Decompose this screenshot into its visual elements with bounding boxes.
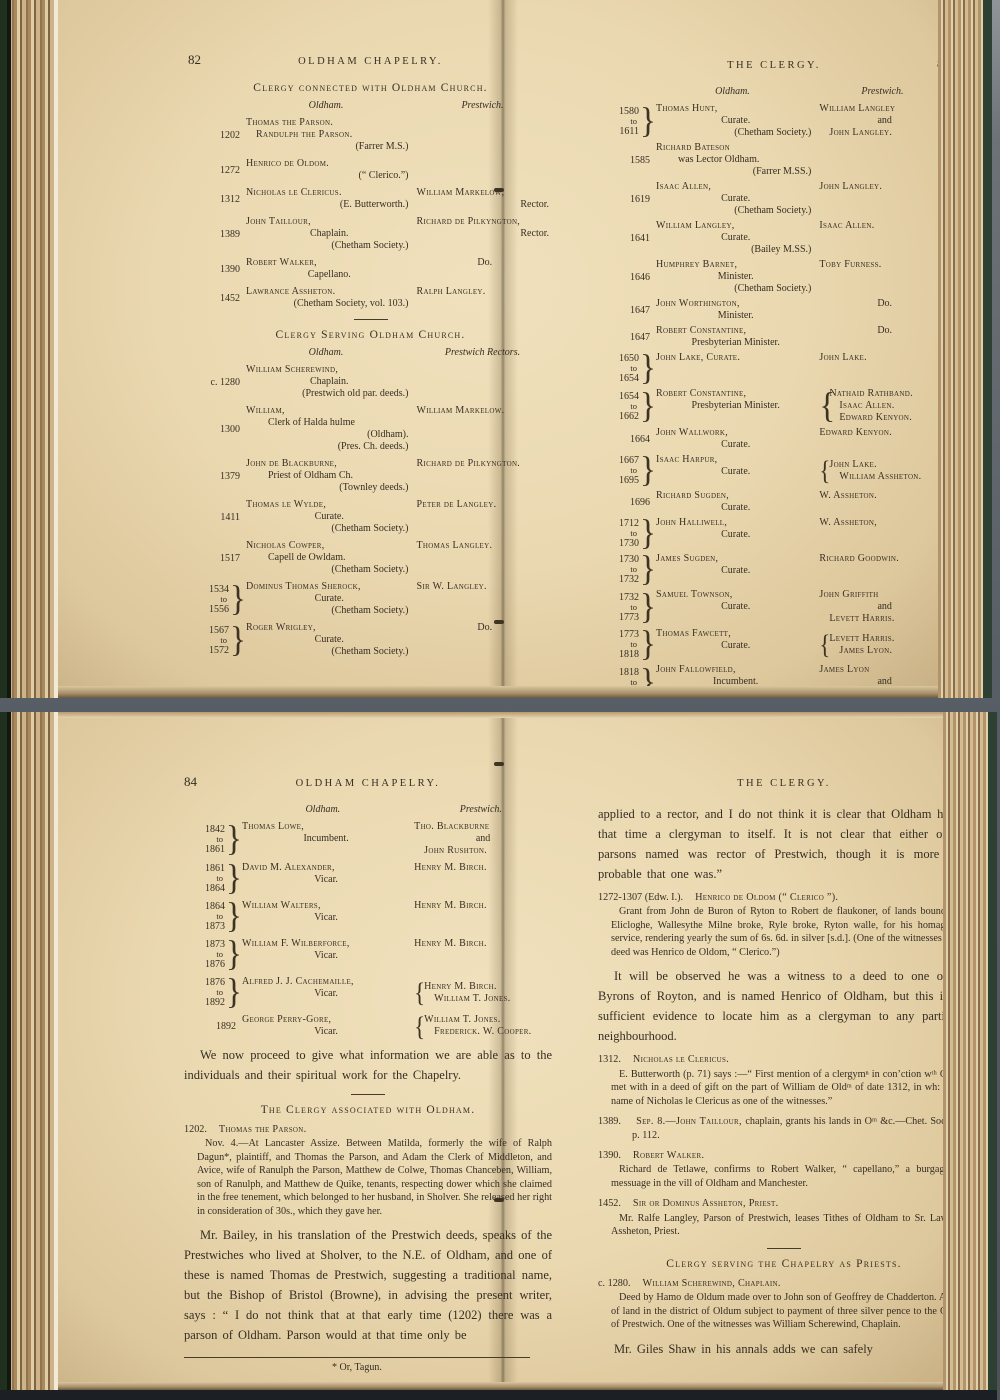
entry-line: Incumbent. (242, 833, 410, 845)
body-paragraph: Mr. Bailey, in his translation of the Pr… (184, 1225, 552, 1345)
year-line: 1389 (220, 229, 240, 240)
entry-line: Henry M. Birch. (414, 900, 552, 912)
column-header-oldham: Oldham. (236, 804, 410, 815)
entry-line: John Lake. (829, 459, 938, 471)
entry-line: Edward Kenyon. (819, 427, 938, 439)
entry-line: William Markelow. (417, 405, 553, 417)
prestwich-brace: { (414, 979, 424, 1007)
entry-years: 1619 (598, 181, 650, 217)
year-brace: } (640, 388, 650, 424)
entry-prestwich: Isaac Allen. (815, 220, 938, 256)
prestwich-brace: { (819, 457, 829, 485)
year-brace: } (640, 664, 650, 686)
entry-line: Richard de Pilkyngton, (417, 216, 553, 228)
prestwich-brace: { (819, 388, 829, 424)
page-83-body: Oldham.Prestwich.1580to1611}Thomas Hunt,… (598, 86, 938, 686)
note-entry: 1312.Nicholas le Clericus.E. Butterworth… (598, 1053, 943, 1108)
year-line: to (619, 402, 639, 411)
entry-line: John Worthington, (656, 298, 815, 310)
year-text: 1202 (220, 130, 240, 141)
entry-line: William Langley (819, 103, 938, 115)
entry-line: Richard Bateson (656, 142, 815, 154)
note-title: Sir or Dominus Assheton, Priest. (633, 1198, 779, 1209)
clergy-entry: c. 1280William Scherewind,Chaplain.(Pres… (188, 364, 553, 400)
year-line: 1411 (220, 512, 240, 523)
page-85-body: applied to a rector, and I do not think … (598, 804, 943, 1359)
entry-years: 1864to1873} (184, 900, 236, 933)
year-text: 1712to1730 (619, 518, 639, 549)
body-paragraph: We now proceed to give what information … (184, 1045, 552, 1085)
column-header-oldham: Oldham. (240, 100, 412, 111)
entry-years: 1641 (598, 220, 650, 256)
entry-line: (E. Butterworth.) (246, 199, 413, 211)
entry-line: John Fallowfield, (656, 664, 815, 676)
entry-line: Curate. (656, 193, 815, 205)
entry-oldham: Robert Constantine,Presbyterian Minister… (650, 325, 815, 349)
note-entry: 1452.Sir or Dominus Assheton, Priest.Mr.… (598, 1197, 943, 1238)
note-year: 1390. (598, 1150, 621, 1161)
year-brace: } (226, 860, 236, 896)
entry-years: 1732to1773} (598, 589, 650, 625)
page-83-header: THE CLERGY. 83 (598, 56, 938, 72)
prestwich-lines: Levett Harris.James Lyon. (829, 633, 938, 657)
clergy-entry: 1312Nicholas le Clericus.(E. Butterworth… (188, 187, 553, 211)
year-line: 1379 (220, 471, 240, 482)
entry-line: William Scherewind, (246, 364, 413, 376)
clergy-entry: 1452Lawrance Assheton.(Chetham Society, … (188, 286, 553, 310)
entry-oldham: Isaac Allen,Curate.(Chetham Society.) (650, 181, 815, 217)
entry-line: Clerk of Halda hulme (246, 417, 413, 429)
entry-prestwich: {Nathaid Rathband.Isaac Allen.Edward Ken… (815, 388, 938, 424)
entry-years: 1517 (188, 540, 240, 576)
entry-line: Thomas the Parson. (246, 117, 413, 129)
entry-line: James Lyon. (829, 645, 938, 657)
entry-oldham: Henrico de Oldom.(“ Clerico.”) (240, 158, 413, 182)
column-header-prestwich: Prestwich Rectors. (412, 347, 553, 358)
note-entry: 1272-1307 (Edw. I.).Henrico de Oldom (“ … (598, 891, 943, 959)
year-text: 1818to1842 (619, 667, 639, 687)
note-head: 1390.Robert Walker. (598, 1149, 943, 1162)
column-header-spacer (598, 86, 650, 97)
note-year: 1312. (598, 1054, 621, 1065)
entry-line: Capell de Owldam. (246, 552, 413, 564)
entry-line: John Griffith (819, 589, 938, 601)
entry-line: John Rushton. (414, 845, 552, 857)
year-line: 1272 (220, 165, 240, 176)
year-line: 1732 (619, 592, 639, 603)
fore-edge-right (943, 712, 997, 1400)
entry-line: John de Blackburne, (246, 458, 413, 470)
page-number: 84 (184, 774, 197, 790)
year-text: 1517 (220, 553, 240, 564)
column-headers: Oldham.Prestwich. (184, 804, 552, 815)
year-text: c. 1280 (211, 377, 240, 388)
year-line: 1611 (619, 126, 639, 137)
year-brace: } (230, 581, 240, 617)
clergy-entry: 1842to1861}Thomas Lowe,Incumbent.Tho. Bl… (184, 821, 552, 857)
entry-prestwich: {Levett Harris.James Lyon. (815, 628, 938, 661)
clergy-entry: 1861to1864}David M. Alexander,Vicar.Henr… (184, 862, 552, 895)
entry-line: Curate. (656, 115, 815, 127)
entry-line: Presbyterian Minister. (656, 400, 815, 412)
year-text: 1730to1732 (619, 554, 639, 585)
entry-years: 1818to1842} (598, 664, 650, 686)
year-text: 1647 (630, 332, 650, 343)
entry-line: (Oldham). (246, 429, 413, 441)
entry-years: 1534to1556} (188, 581, 240, 617)
entry-prestwich: W. Assheton, (815, 517, 938, 550)
column-header-spacer (184, 804, 236, 815)
clergy-entry: 1876to1892}Alfred J. J. Cachemaille,Vica… (184, 976, 552, 1009)
entry-oldham: John Lake, Curate. (650, 352, 815, 385)
year-line: 1892 (216, 1021, 236, 1032)
note-entry: 1389. Sep. 8.—John Taillour, chaplain, g… (598, 1115, 943, 1142)
entry-line: (Chetham Society.) (656, 127, 815, 139)
year-text: 1842to1861 (205, 824, 225, 855)
entry-oldham: James Sugden,Curate. (650, 553, 815, 586)
entry-line: Presbyterian Minister. (656, 337, 815, 349)
entry-line: (Chetham Society.) (656, 283, 815, 295)
year-line: 1842 (205, 824, 225, 835)
entry-oldham: John de Blackburne,Priest of Oldham Ch.(… (240, 458, 413, 494)
entry-prestwich: Tho. BlackburneandJohn Rushton. (410, 821, 552, 857)
year-line: 1312 (220, 194, 240, 205)
entry-oldham: Thomas the Parson.Randulph the Parson.(F… (240, 117, 413, 153)
entry-years: 1379 (188, 458, 240, 494)
year-line: to (205, 912, 225, 921)
page-block-bottom-edge (58, 1382, 943, 1390)
entry-years: 1300 (188, 405, 240, 453)
entry-line: Robert Constantine, (656, 325, 815, 337)
year-line: 1572 (209, 645, 229, 656)
year-brace: } (226, 898, 236, 934)
year-brace: } (226, 974, 236, 1010)
note-title: Nicholas le Clericus. (633, 1054, 729, 1065)
entry-line: Thomas le Wylde, (246, 499, 413, 511)
entry-prestwich: {William T. Jones.Frederick. W. Cooper. (410, 1014, 552, 1038)
year-line: 1730 (619, 538, 639, 549)
entry-years: 1730to1732} (598, 553, 650, 586)
entry-prestwich: W. Assheton. (815, 490, 938, 514)
year-brace: } (640, 350, 650, 386)
year-text: 1667to1695 (619, 455, 639, 486)
year-text: 1873to1876 (205, 939, 225, 970)
entry-oldham: William Scherewind,Chaplain.(Prestwich o… (240, 364, 413, 400)
entry-line: Randulph the Parson. (246, 129, 413, 141)
clergy-entry: 1818to1842}John Fallowfield,Incumbent.Ja… (598, 664, 938, 686)
year-line: to (619, 678, 639, 687)
entry-oldham: Thomas Hunt,Curate.(Chetham Society.) (650, 103, 815, 139)
year-text: 1647 (630, 305, 650, 316)
body-paragraph: Mr. Giles Shaw in his annals adds we can… (598, 1339, 943, 1359)
entry-oldham: William Langley,Curate.(Bailey M.SS.) (650, 220, 815, 256)
prestwich-lines: John Lake.William Assheton. (829, 459, 938, 483)
note-title: Sep. 8.—John Taillour, (636, 1116, 745, 1127)
year-brace: } (226, 821, 236, 857)
entry-line: Chaplain. (246, 228, 413, 240)
entry-prestwich: John GriffithandLevett Harris. (815, 589, 938, 625)
entry-line: Frederick. W. Cooper. (424, 1026, 552, 1038)
entry-line: (Pres. Ch. deeds.) (246, 441, 413, 453)
entry-line: Edward Kenyon. (829, 412, 938, 424)
year-text: 1732to1773 (619, 592, 639, 623)
note-year: 1202. (184, 1124, 207, 1135)
entry-years: 1567to1572} (188, 622, 240, 658)
year-line: 1390 (220, 264, 240, 275)
entry-line: William Walters, (242, 900, 410, 912)
body-paragraph: applied to a rector, and I do not think … (598, 804, 943, 884)
entry-line: William T. Jones. (424, 993, 552, 1005)
note-text: Grant from John de Buron of Ryton to Rob… (598, 905, 943, 959)
year-line: 1647 (630, 305, 650, 316)
entry-line: Ralph Langley. (417, 286, 553, 298)
entry-line: Curate. (656, 529, 815, 541)
entry-prestwich: Ralph Langley. (413, 286, 553, 310)
year-line: to (619, 466, 639, 475)
page-85: THE CLERGY. 85 applied to a rector, and … (598, 774, 943, 1366)
entry-prestwich: William Markelow. (413, 405, 553, 453)
entry-years: 1389 (188, 216, 240, 252)
entry-line: John Lake, Curate. (656, 352, 815, 364)
clergy-entry: 1580to1611}Thomas Hunt,Curate.(Chetham S… (598, 103, 938, 139)
entry-line: Priest of Oldham Ch. (246, 470, 413, 482)
entry-prestwich: James LyonandTho. Blackburne. (815, 664, 938, 686)
year-text: 1411 (220, 512, 240, 523)
year-line: 1585 (630, 155, 650, 166)
entry-line: Sir W. Langley. (417, 581, 553, 593)
year-brace: } (226, 936, 236, 972)
entry-line: (Chetham Society.) (246, 646, 413, 658)
entry-line: Rector. (417, 228, 553, 240)
entry-line: John Taillour, (246, 216, 413, 228)
entry-years: 1452 (188, 286, 240, 310)
year-line: 1876 (205, 959, 225, 970)
year-text: 1567to1572 (209, 625, 229, 656)
page-number: 82 (188, 52, 201, 68)
entry-oldham: Alfred J. J. Cachemaille,Vicar. (236, 976, 410, 1009)
section-heading: Clergy connected with Oldham Church. (188, 82, 553, 94)
entry-prestwich: Richard de Pilkyngton. (413, 458, 553, 494)
running-head: THE CLERGY. (737, 778, 831, 789)
clergy-entry: 1389John Taillour,Chaplain.(Chetham Soci… (188, 216, 553, 252)
clergy-entry: 1647John Worthington,Minister.Do. (598, 298, 938, 322)
clergy-entry: 1517Nicholas Cowper,Capell de Owldam.(Ch… (188, 540, 553, 576)
year-line: 1300 (220, 424, 240, 435)
clergy-entry: 1650to1654}John Lake, Curate.John Lake. (598, 352, 938, 385)
note-title: Thomas the Parson. (219, 1124, 307, 1135)
column-headers: Oldham.Prestwich. (598, 86, 938, 97)
entry-years: c. 1280 (188, 364, 240, 400)
section-divider (351, 1094, 385, 1095)
note-year: c. 1280. (598, 1278, 631, 1289)
clergy-entry: 1534to1556}Dominus Thomas Sherock,Curate… (188, 581, 553, 617)
entry-line: William Langley, (656, 220, 815, 232)
year-text: 1861to1864 (205, 863, 225, 894)
entry-line: (Chetham Society.) (246, 564, 413, 576)
clergy-entry: 1667to1695}Isaac Harpur,Curate.{John Lak… (598, 454, 938, 487)
entry-line: John Lake. (819, 352, 938, 364)
entry-oldham: Richard Sugden,Curate. (650, 490, 815, 514)
entry-line: Isaac Harpur, (656, 454, 815, 466)
entry-line: Richard de Pilkyngton. (417, 458, 553, 470)
section-heading: Clergy Serving Oldham Church. (188, 329, 553, 341)
year-line: 1818 (619, 649, 639, 660)
year-line: 1517 (220, 553, 240, 564)
entry-years: 1272 (188, 158, 240, 182)
year-text: 1534to1556 (209, 584, 229, 615)
clergy-entry: 1379John de Blackburne,Priest of Oldham … (188, 458, 553, 494)
entry-prestwich: {Henry M. Birch.William T. Jones. (410, 976, 552, 1009)
page-84-header: 84 OLDHAM CHAPELRY. (184, 774, 552, 790)
entry-oldham: Dominus Thomas Sherock,Curate.(Chetham S… (240, 581, 413, 617)
entry-prestwich: Henry M. Birch. (410, 862, 552, 895)
entry-prestwich (413, 364, 553, 400)
clergy-entry: 1773to1818}Thomas Fawcett,Curate.{Levett… (598, 628, 938, 661)
footnote: * Or, Tagun. (184, 1357, 530, 1373)
note-head: 1272-1307 (Edw. I.).Henrico de Oldom (“ … (598, 891, 943, 904)
entry-years: 1646 (598, 259, 650, 295)
year-line: 1619 (630, 194, 650, 205)
entry-line: Curate. (656, 565, 815, 577)
entry-oldham: Samuel Townson,Curate. (650, 589, 815, 625)
entry-oldham: William F. Wilberforce,Vicar. (236, 938, 410, 971)
year-line: to (205, 835, 225, 844)
entry-line: Levett Harris. (819, 613, 938, 625)
entry-line: Tho. Blackburne (414, 821, 552, 833)
year-line: 1641 (630, 233, 650, 244)
entry-line: Henry M. Birch. (414, 938, 552, 950)
entry-prestwich: {John Lake.William Assheton. (815, 454, 938, 487)
entry-years: 1585 (598, 142, 650, 178)
entry-line: Vicar. (242, 912, 410, 924)
entry-oldham: John Wallwork,Curate. (650, 427, 815, 451)
year-text: 1876to1892 (205, 977, 225, 1008)
entry-line: Vicar. (242, 1026, 410, 1038)
note-entry: 1390.Robert Walker.Richard de Tetlawe, c… (598, 1149, 943, 1190)
entry-prestwich: Do. (815, 325, 938, 349)
section-divider (767, 1248, 801, 1249)
clergy-entry: 1390Robert Walker,Capellano.Do. (188, 257, 553, 281)
entry-prestwich (413, 117, 553, 153)
entry-line: Chaplain. (246, 376, 413, 388)
entry-line: Vicar. (242, 988, 410, 1000)
entry-line: Samuel Townson, (656, 589, 815, 601)
section-heading: The Clergy associated with Oldham. (184, 1104, 552, 1116)
fore-edge-left (0, 712, 58, 1400)
entry-line: Curate. (656, 232, 815, 244)
entry-oldham: David M. Alexander,Vicar. (236, 862, 410, 895)
year-text: 1452 (220, 293, 240, 304)
clergy-entry: 1300William,Clerk of Halda hulme(Oldham)… (188, 405, 553, 453)
year-text: 1390 (220, 264, 240, 275)
note-head: 1202.Thomas the Parson. (184, 1123, 552, 1136)
entry-line: Minister. (656, 271, 815, 283)
entry-line: Henry M. Birch. (414, 862, 552, 874)
year-line: 1647 (630, 332, 650, 343)
note-entry: 1202.Thomas the Parson.Nov. 4.—At Lancas… (184, 1123, 552, 1218)
entry-line: Rector. (417, 199, 553, 211)
year-brace: } (640, 103, 650, 139)
entry-prestwich: Toby Furness. (815, 259, 938, 295)
year-line: to (209, 595, 229, 604)
year-text: 1312 (220, 194, 240, 205)
year-text: 1664 (630, 434, 650, 445)
entry-oldham: Lawrance Assheton.(Chetham Society, vol.… (240, 286, 413, 310)
entry-prestwich: John Langley. (815, 181, 938, 217)
entry-line: Henrico de Oldom. (246, 158, 413, 170)
entry-line: Curate. (656, 439, 815, 451)
note-head: 1312.Nicholas le Clericus. (598, 1053, 943, 1066)
year-text: 1773to1818 (619, 629, 639, 660)
clergy-entry: 1873to1876}William F. Wilberforce,Vicar.… (184, 938, 552, 971)
entry-line: (Chetham Society.) (246, 523, 413, 535)
entry-line: Robert Constantine, (656, 388, 815, 400)
entry-oldham: Thomas Fawcett,Curate. (650, 628, 815, 661)
note-text: Nov. 4.—At Lancaster Assize. Between Mat… (184, 1137, 552, 1218)
entry-years: 1842to1861} (184, 821, 236, 857)
entry-prestwich: Henry M. Birch. (410, 938, 552, 971)
running-head: OLDHAM CHAPELRY. (298, 56, 443, 67)
clergy-entry: 1864to1873}William Walters,Vicar.Henry M… (184, 900, 552, 933)
entry-oldham: Thomas Lowe,Incumbent. (236, 821, 410, 857)
year-line: 1654 (619, 391, 639, 402)
entry-prestwich: John Lake. (815, 352, 938, 385)
entry-prestwich: Henry M. Birch. (410, 900, 552, 933)
entry-years: 1647 (598, 325, 650, 349)
entry-line: Do. (417, 622, 553, 634)
entry-line: Thomas Fawcett, (656, 628, 815, 640)
entry-prestwich (413, 158, 553, 182)
year-line: 1567 (209, 625, 229, 636)
entry-line: Incumbent. (656, 676, 815, 686)
entry-prestwich: Edward Kenyon. (815, 427, 938, 451)
entry-line: (Chetham Society.) (246, 240, 413, 252)
clergy-entry: 1730to1732}James Sugden,Curate.Richard G… (598, 553, 938, 586)
entry-line: Levett Harris. (829, 633, 938, 645)
year-text: 1379 (220, 471, 240, 482)
entry-years: 1654to1662} (598, 388, 650, 424)
column-header-spacer (188, 347, 240, 358)
entry-prestwich: Richard de Pilkyngton,Rector. (413, 216, 553, 252)
entry-oldham: John Worthington,Minister. (650, 298, 815, 322)
clergy-entry: 1202Thomas the Parson.Randulph the Parso… (188, 117, 553, 153)
year-text: 1646 (630, 272, 650, 283)
clergy-entry: 1647Robert Constantine,Presbyterian Mini… (598, 325, 938, 349)
entry-line: Curate. (656, 502, 815, 514)
note-year: 1272-1307 (Edw. I.). (598, 892, 683, 903)
entry-line: Richard Sugden, (656, 490, 815, 502)
note-head: 1452.Sir or Dominus Assheton, Priest. (598, 1197, 943, 1210)
entry-prestwich: Do. (815, 298, 938, 322)
entry-line: (Farrer M.S.) (246, 141, 413, 153)
year-text: 1580to1611 (619, 106, 639, 137)
year-text: 1389 (220, 229, 240, 240)
entry-line: Richard Goodwin. (819, 553, 938, 565)
entry-line: Isaac Allen. (819, 220, 938, 232)
year-line: 1696 (630, 497, 650, 508)
note-title: William Scherewind, Chaplain. (643, 1278, 781, 1289)
year-text: 1654to1662 (619, 391, 639, 422)
entry-line: Curate. (246, 511, 413, 523)
year-line: 1662 (619, 411, 639, 422)
note-year: 1452. (598, 1198, 621, 1209)
year-line: to (619, 640, 639, 649)
clergy-entry: 1892George Perry-Gore,Vicar.{William T. … (184, 1014, 552, 1038)
prestwich-lines: William T. Jones.Frederick. W. Cooper. (424, 1014, 552, 1038)
section-heading: Clergy serving the Chapelry as Priests. (598, 1258, 943, 1270)
clergy-entry: 1664John Wallwork,Curate.Edward Kenyon. (598, 427, 938, 451)
entry-years: 1876to1892} (184, 976, 236, 1009)
